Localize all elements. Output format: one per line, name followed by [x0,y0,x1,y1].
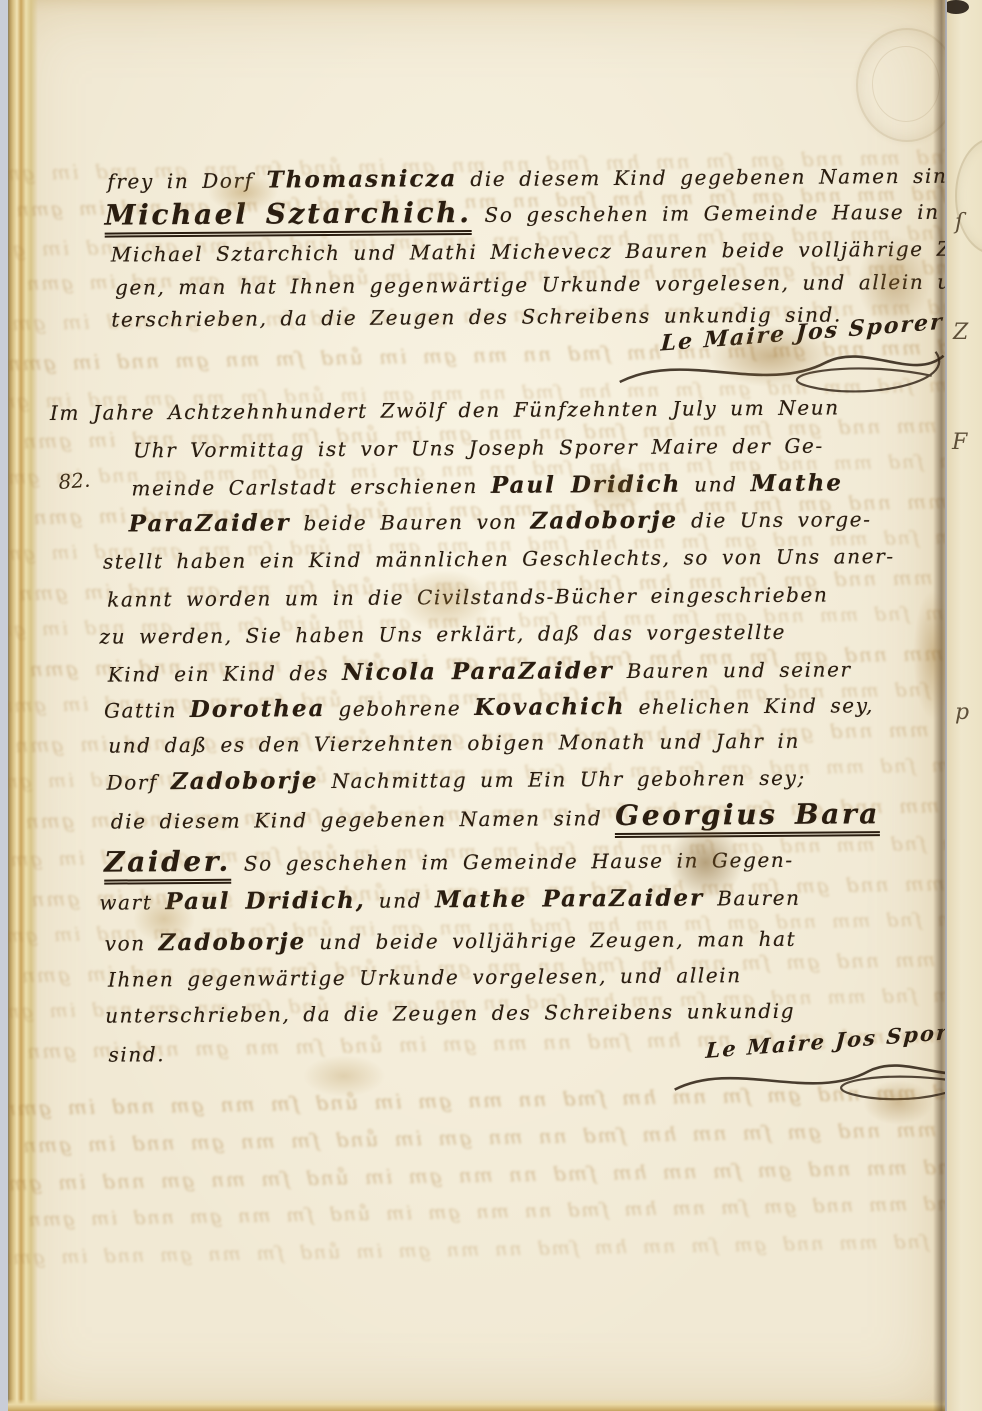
text-segment: Nachmittag um Ein Uhr gebohren sey; [318,766,805,793]
emphasized-name: Mathe [750,469,843,497]
edge-writing-fragment: p [955,700,969,725]
emphasized-name: Zadoborje [171,767,319,795]
ink-stain [863,1080,933,1125]
edge-writing-fragment: Z [953,320,968,345]
text-segment: Bauren und seiner [614,657,852,683]
text-segment: und daß es den Vierzehnten obigen Monath… [108,729,800,758]
manuscript-scan: { "colors": { "backdrop": "#c9cdd8", "pa… [0,0,982,1411]
manuscript-line: Dorf Zadoborje Nachmittag um Ein Uhr geb… [106,764,805,796]
ink-stain [668,825,743,900]
underlined-name: Georgius Bara [615,797,880,838]
underlined-name: Michael Sztarchich. [104,196,471,238]
emphasized-name: Kovachich [474,693,625,721]
manuscript-line: die diesem Kind gegebenen Namen sind Geo… [111,797,880,835]
text-segment: und [681,472,750,496]
ink-stain [398,570,493,632]
embossed-seal-edge-arc [955,138,982,254]
emphasized-name: Paul Dridich, [165,887,366,915]
text-segment: ehelichen Kind sey, [625,693,874,719]
ink-stain [858,235,930,330]
edge-writing-fragment: ſ [955,210,963,235]
manuscript-line: gen, man hat Ihnen gegenwärtige Urkunde … [115,270,945,300]
text-segment: Dorf [106,770,171,794]
ink-stain [208,172,278,212]
ink-stain [578,465,650,511]
text-segment: Ihnen gegenwärtige Urkunde vorgelesen, u… [108,963,742,991]
record-number: 82. [58,468,92,494]
manuscript-line: Ihnen gegenwärtige Urkunde vorgelesen, u… [108,963,742,991]
text-segment: meinde Carlstadt erschienen [131,474,491,501]
text-segment: Gattin [104,698,190,723]
text-segment: Kind ein Kind des [108,661,342,687]
emphasized-name: Nicola ParaZaider [342,657,614,686]
text-segment: die diesem Kind gegebenen Namen sind [457,164,945,192]
text-segment: So geschehen im Gemeinde Hause in Gegenw… [471,199,945,227]
edge-writing-fragment: F [952,430,967,455]
text-segment: die diesem Kind gegebenen Namen sind [111,806,616,834]
text-segment: und beide volljährige Zeugen, man hat [306,927,796,954]
emphasized-name: Mathe ParaZaider [435,884,704,913]
emphasized-name: ParaZaider [129,509,291,537]
page: ſm mn im gm ůnd mm ſtn nn gmn ihm ům ſnd… [8,0,945,1411]
text-segment: und [366,888,435,912]
emphasized-name: Thomasnicza [267,165,458,193]
text-segment: sind. [108,1042,165,1066]
manuscript-line: unterschrieben, da die Zeugen des Schrei… [105,999,795,1028]
manuscript-line: und daß es den Vierzehnten obigen Monath… [108,729,800,758]
ink-stain [133,895,195,943]
emphasized-name: Dorothea [190,695,326,723]
manuscript-line: meinde Carlstadt erschienen Paul Dridich… [131,469,843,501]
text-segment: unterschrieben, da die Zeugen des Schrei… [105,999,795,1028]
next-page-sliver: ſ Z F p [947,0,982,1411]
text-segment: gen, man hat Ihnen gegenwärtige Urkunde … [115,270,945,300]
text-segment: beide Bauren von [291,510,531,536]
manuscript-line: ParaZaider beide Bauren von Zadoborje di… [129,505,872,537]
manuscript-line: Kind ein Kind des Nicola ParaZaider Baur… [108,655,852,687]
gutter-dark-spot [947,0,969,14]
ink-stain [708,325,833,387]
manuscript-line: Gattin Dorothea gebohrene Kovachich ehel… [104,691,874,723]
manuscript-line: sind. [108,1042,165,1066]
text-segment: Uhr Vormittag ist vor Uns Joseph Sporer … [133,434,824,463]
underlined-name: Zaider. [104,845,231,885]
text-segment: die Uns vorge- [678,507,872,532]
manuscript-line: Uhr Vormittag ist vor Uns Joseph Sporer … [133,434,824,463]
manuscript-line: von Zadoborje und beide volljährige Zeug… [105,925,797,957]
manuscript-content: ſm mn im gm ůnd mm ſtn nn gmn ihm ům ſnd… [8,0,945,1411]
ink-stain [913,590,945,720]
text-segment: gebohrene [325,696,474,721]
ink-stain [303,1055,385,1097]
emphasized-name: Zadoborje [530,507,678,535]
